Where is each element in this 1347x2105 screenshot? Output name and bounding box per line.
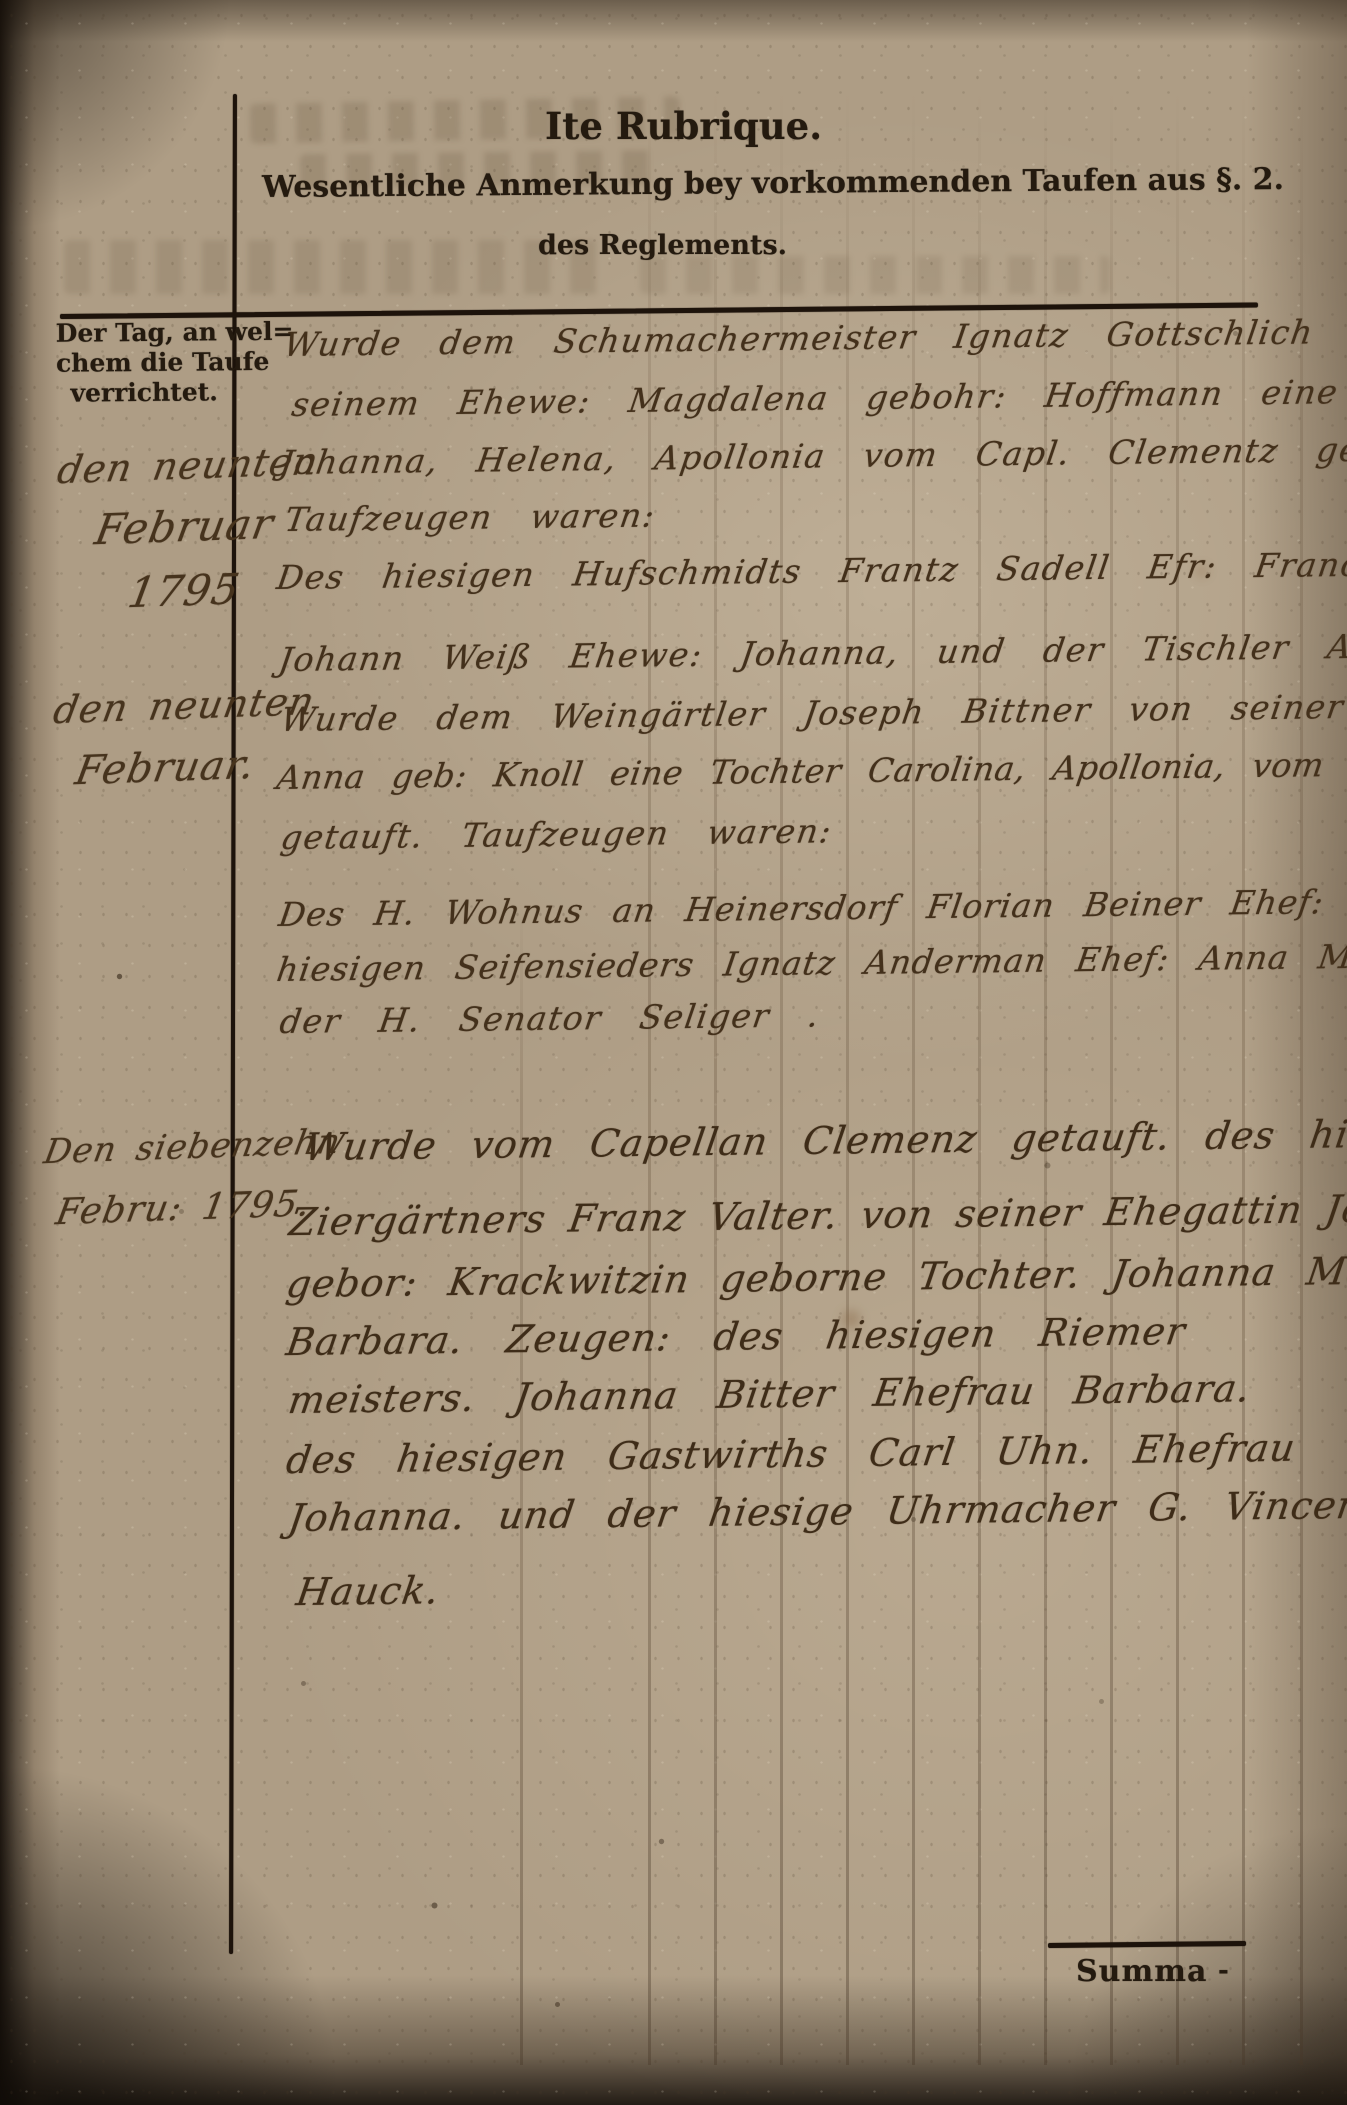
register-page: Ite Rubrique. Wesentliche Anmerkung bey … bbox=[0, 0, 1347, 2105]
record-line: Wurde dem Weingärtler Joseph Bittner von… bbox=[278, 684, 1347, 740]
date-column-heading: Der Tag, an wel= chem die Taufe verricht… bbox=[56, 317, 233, 409]
record-line: Wurde dem Schumachermeister Ignatz Gotts… bbox=[281, 311, 1347, 364]
record-line: Johanna. und der hiesige Uhrmacher G. Vi… bbox=[286, 1483, 1347, 1540]
summa-rule bbox=[1048, 1941, 1246, 1948]
date-column-heading-line: Der Tag, an wel= bbox=[56, 317, 232, 349]
date-line: Februar bbox=[91, 499, 277, 555]
date-column-heading-line: verrichtet. bbox=[56, 377, 232, 409]
record-line: meisters. Johanna Bitter Ehefrau Barbara… bbox=[286, 1366, 1254, 1422]
summa-label: Summa bbox=[1076, 1954, 1207, 1989]
record-line: Des hiesigen Hufschmidts Frantz Sadell E… bbox=[274, 543, 1347, 598]
summa-mark: - bbox=[1218, 1956, 1229, 1986]
column-heading-remarks-2: des Reglements. bbox=[538, 230, 787, 261]
record-line: hiesigen Seifensieders Ignatz Anderman E… bbox=[274, 935, 1347, 989]
record-line: Wurde vom Capellan Clemenz getauft. des … bbox=[302, 1111, 1347, 1169]
date-line: Den siebenzehn bbox=[41, 1122, 344, 1173]
record-line: gebor: Krackwitzin geborne Tochter. Joha… bbox=[284, 1248, 1347, 1306]
date-line: Febru: 1795. bbox=[53, 1183, 315, 1233]
column-heading-remarks: Wesentliche Anmerkung bey vorkommenden T… bbox=[262, 162, 1284, 205]
date-line: den neunten bbox=[50, 679, 318, 732]
record-line: Barbara. Zeugen: des hiesigen Riemer bbox=[284, 1309, 1189, 1364]
record-line: Hauck. bbox=[294, 1568, 443, 1614]
date-line: 1795 bbox=[124, 564, 244, 617]
record-line: Johanna, Helena, Apollonia vom Capl. Cle… bbox=[277, 429, 1347, 482]
record-line: Ziergärtners Franz Valter. von seiner Eh… bbox=[287, 1185, 1347, 1244]
record-line: Taufzeugen waren: bbox=[282, 495, 658, 539]
record-line: Johann Weiß Ehewe: Johanna, und der Tisc… bbox=[276, 624, 1347, 679]
date-column-heading-line: chem die Taufe bbox=[56, 347, 232, 379]
record-line: getauft. Taufzeugen waren: bbox=[278, 811, 835, 857]
record-line: Des H. Wohnus an Heinersdorf Florian Bei… bbox=[276, 879, 1347, 934]
record-line: des hiesigen Gastwirths Carl Uhn. Ehefra… bbox=[284, 1426, 1299, 1482]
fold-line bbox=[520, 900, 523, 2065]
bleed-through-mark bbox=[64, 240, 614, 294]
date-line: Februar. bbox=[72, 742, 259, 795]
record-line: Anna geb: Knoll eine Tochter Carolina, A… bbox=[274, 741, 1347, 797]
page-title: Ite Rubrique. bbox=[545, 104, 822, 148]
bleed-through-mark bbox=[640, 256, 1110, 294]
record-line: der H. Senator Seliger . bbox=[277, 995, 822, 1041]
paper-specks bbox=[0, 0, 3, 3]
record-line: seinem Ehewe: Magdalena gebohr: Hoffmann… bbox=[289, 370, 1347, 424]
